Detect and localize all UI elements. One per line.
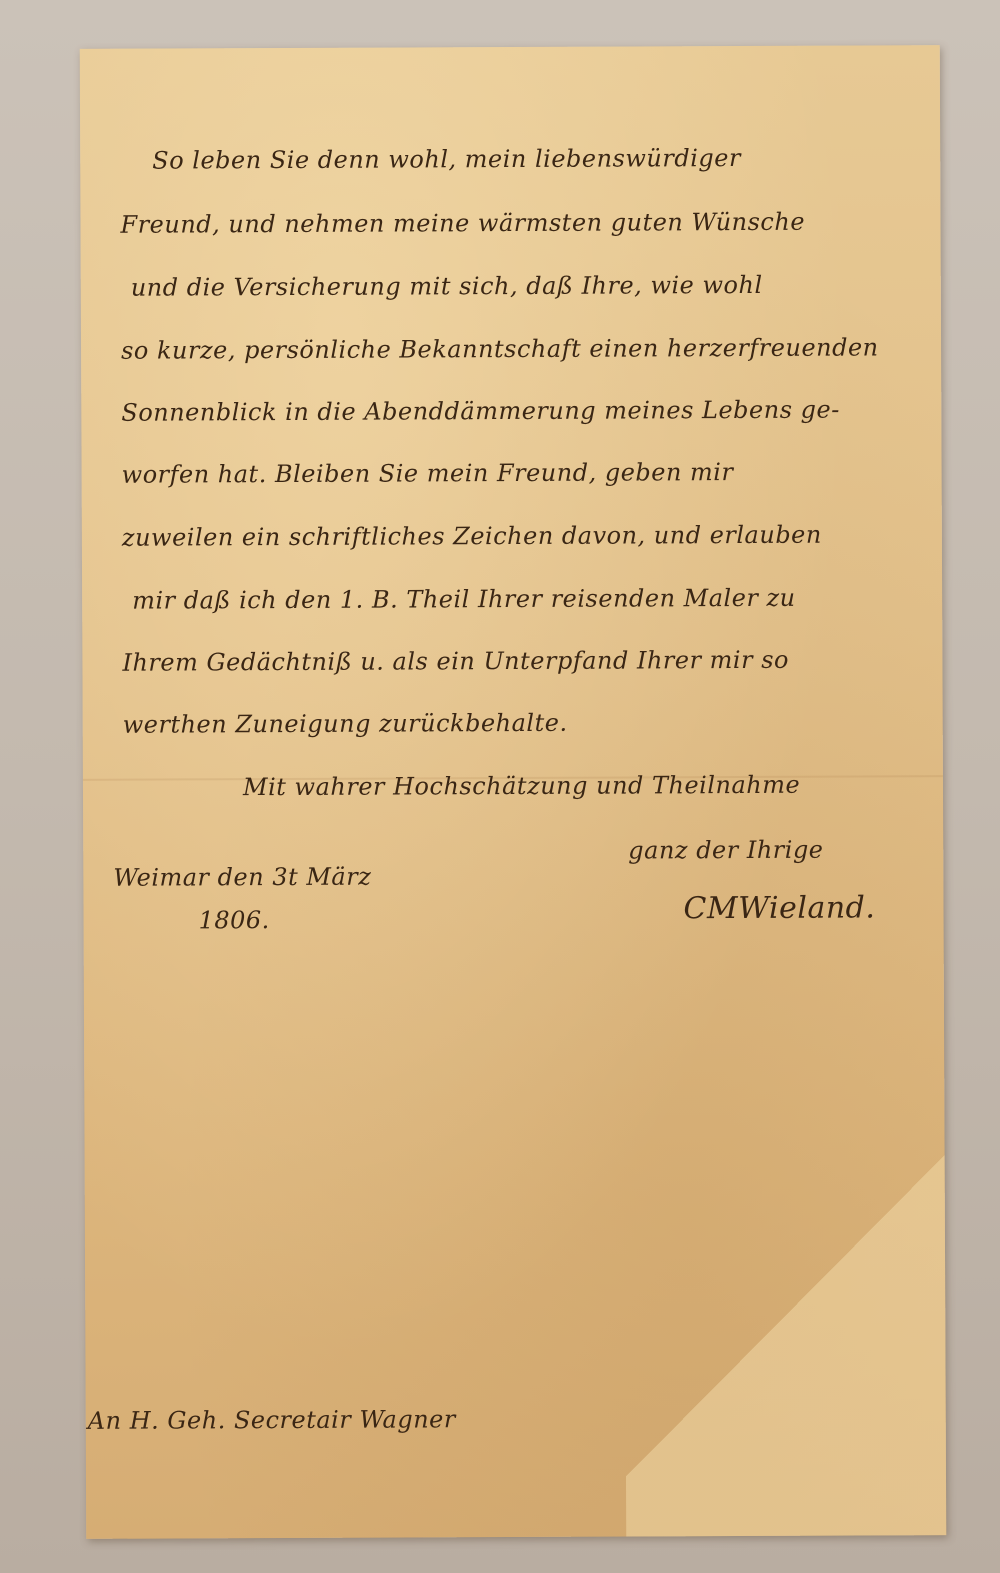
body-line-5: Sonnenblick in die Abenddämmerung meines… — [121, 396, 840, 427]
body-line-6: worfen hat. Bleiben Sie mein Freund, geb… — [122, 458, 734, 489]
place-date: Weimar den 3t März — [113, 863, 371, 892]
body-line-3: und die Versicherung mit sich, daß Ihre,… — [131, 271, 763, 302]
signature: CMWieland. — [683, 890, 875, 926]
year: 1806. — [198, 906, 269, 934]
body-line-7: zuweilen ein schriftliches Zeichen davon… — [122, 521, 822, 552]
folded-corner — [624, 1095, 946, 1536]
valediction: ganz der Ihrige — [628, 836, 823, 865]
letter-paper: So leben Sie denn wohl, mein liebenswürd… — [80, 45, 946, 1539]
address-line: An H. Geh. Secretair Wagner — [88, 1405, 456, 1435]
body-line-10: werthen Zuneigung zurückbehalte. — [123, 709, 568, 739]
body-line-9: Ihrem Gedächtniß u. als ein Unterpfand I… — [122, 646, 789, 677]
body-line-1: So leben Sie denn wohl, mein liebenswürd… — [152, 144, 741, 175]
body-line-4: so kurze, persönliche Bekanntschaft eine… — [121, 333, 879, 364]
closing-phrase: Mit wahrer Hochschätzung und Theilnahme — [243, 771, 800, 801]
body-line-8: mir daß ich den 1. B. Theil Ihrer reisen… — [132, 584, 796, 615]
body-line-2: Freund, und nehmen meine wärmsten guten … — [120, 208, 805, 239]
